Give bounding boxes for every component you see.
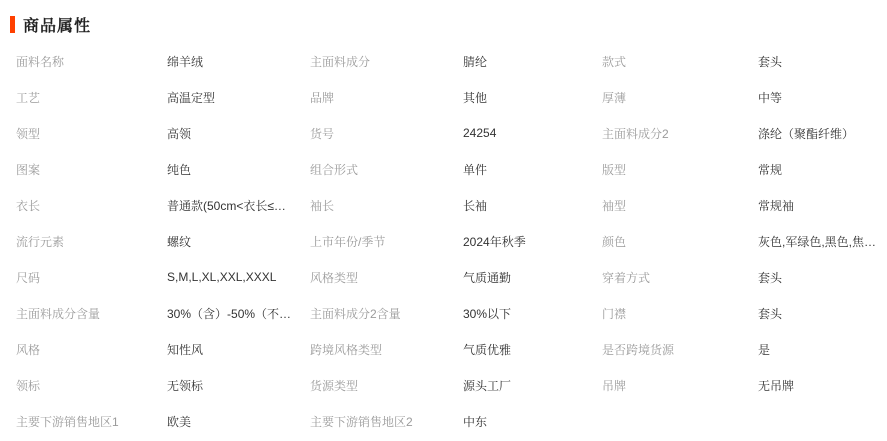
attr-label: 主面料成分 xyxy=(310,53,463,70)
attr-row: 工艺 高温定型 品牌 其他 厚薄 中等 xyxy=(0,79,887,115)
attr-cell: 穿着方式 套头 xyxy=(602,259,887,295)
attr-value: 螺纹 xyxy=(167,233,310,250)
attr-value: 知性风 xyxy=(167,341,310,358)
attr-label: 吊牌 xyxy=(602,377,758,394)
attr-label: 主面料成分2 xyxy=(602,125,758,142)
attr-value: 涤纶（聚酯纤维） xyxy=(758,125,887,142)
attr-value: 纯色 xyxy=(167,161,310,178)
attr-value: 高领 xyxy=(167,125,310,142)
attr-cell: 门襟 套头 xyxy=(602,295,887,331)
attributes-table: 面料名称 绵羊绒 主面料成分 腈纶 款式 套头 工艺 高温定型 品牌 其他 厚 xyxy=(0,43,887,439)
attr-value: 气质通勤 xyxy=(463,269,602,286)
attr-row: 图案 纯色 组合形式 单件 版型 常规 xyxy=(0,151,887,187)
attr-label: 袖长 xyxy=(310,197,463,214)
attr-cell-empty xyxy=(602,403,887,439)
attr-cell: 面料名称 绵羊绒 xyxy=(0,43,310,79)
attr-value: 单件 xyxy=(463,161,602,178)
attr-value: 腈纶 xyxy=(463,53,602,70)
attr-cell: 风格类型 气质通勤 xyxy=(310,259,602,295)
attr-label: 主面料成分2含量 xyxy=(310,305,463,322)
attr-label: 穿着方式 xyxy=(602,269,758,286)
attr-label: 领型 xyxy=(16,125,167,142)
attr-label: 货号 xyxy=(310,125,463,142)
attr-value: 常规 xyxy=(758,161,887,178)
attr-label: 门襟 xyxy=(602,305,758,322)
attr-value: 中东 xyxy=(463,413,602,430)
attr-label: 组合形式 xyxy=(310,161,463,178)
attr-cell: 主面料成分 腈纶 xyxy=(310,43,602,79)
attr-value: 其他 xyxy=(463,89,602,106)
attr-cell: 版型 常规 xyxy=(602,151,887,187)
attr-label: 袖型 xyxy=(602,197,758,214)
attr-cell: 颜色 灰色,军绿色,黑色,焦… xyxy=(602,223,887,259)
attr-cell: 主面料成分含量 30%（含）-50%（不… xyxy=(0,295,310,331)
attr-value: 30%（含）-50%（不… xyxy=(167,305,310,322)
attr-cell: 领型 高领 xyxy=(0,115,310,151)
attr-cell: 衣长 普通款(50cm<衣长≤… xyxy=(0,187,310,223)
attr-value: 源头工厂 xyxy=(463,377,602,394)
attr-cell: 主要下游销售地区1 欧美 xyxy=(0,403,310,439)
attr-row: 面料名称 绵羊绒 主面料成分 腈纶 款式 套头 xyxy=(0,43,887,79)
attr-value: 套头 xyxy=(758,269,887,286)
attr-label: 主面料成分含量 xyxy=(16,305,167,322)
attr-value: 中等 xyxy=(758,89,887,106)
attr-row: 主要下游销售地区1 欧美 主要下游销售地区2 中东 xyxy=(0,403,887,439)
attr-cell: 主面料成分2 涤纶（聚酯纤维） xyxy=(602,115,887,151)
attr-row: 风格 知性风 跨境风格类型 气质优雅 是否跨境货源 是 xyxy=(0,331,887,367)
attr-row: 主面料成分含量 30%（含）-50%（不… 主面料成分2含量 30%以下 门襟 … xyxy=(0,295,887,331)
attr-cell: 品牌 其他 xyxy=(310,79,602,115)
attr-label: 款式 xyxy=(602,53,758,70)
attr-value: 常规袖 xyxy=(758,197,887,214)
attr-cell: 领标 无领标 xyxy=(0,367,310,403)
attr-cell: 袖型 常规袖 xyxy=(602,187,887,223)
section-header: 商品属性 xyxy=(0,0,887,43)
attr-cell: 货号 24254 xyxy=(310,115,602,151)
attr-value: 套头 xyxy=(758,53,887,70)
product-attributes-section: 商品属性 面料名称 绵羊绒 主面料成分 腈纶 款式 套头 工艺 高温定型 品牌 xyxy=(0,0,887,441)
attr-value: 绵羊绒 xyxy=(167,53,310,70)
attr-value: 套头 xyxy=(758,305,887,322)
attr-cell: 袖长 长袖 xyxy=(310,187,602,223)
attr-cell: 组合形式 单件 xyxy=(310,151,602,187)
attr-value: 是 xyxy=(758,341,887,358)
attr-label: 版型 xyxy=(602,161,758,178)
attr-label: 衣长 xyxy=(16,197,167,214)
attr-value: 30%以下 xyxy=(463,305,602,322)
attr-value: 普通款(50cm<衣长≤… xyxy=(167,197,310,214)
attr-value: 24254 xyxy=(463,126,602,140)
attr-cell: 是否跨境货源 是 xyxy=(602,331,887,367)
attr-label: 主要下游销售地区2 xyxy=(310,413,463,430)
attr-row: 衣长 普通款(50cm<衣长≤… 袖长 长袖 袖型 常规袖 xyxy=(0,187,887,223)
attr-value: 灰色,军绿色,黑色,焦… xyxy=(758,233,887,250)
attr-cell: 货源类型 源头工厂 xyxy=(310,367,602,403)
attr-label: 风格类型 xyxy=(310,269,463,286)
attr-row: 尺码 S,M,L,XL,XXL,XXXL 风格类型 气质通勤 穿着方式 套头 xyxy=(0,259,887,295)
attr-row: 领型 高领 货号 24254 主面料成分2 涤纶（聚酯纤维） xyxy=(0,115,887,151)
attr-label: 品牌 xyxy=(310,89,463,106)
attr-cell: 风格 知性风 xyxy=(0,331,310,367)
attr-value: 2024年秋季 xyxy=(463,233,602,250)
attr-value: 长袖 xyxy=(463,197,602,214)
attr-label: 货源类型 xyxy=(310,377,463,394)
attr-label: 领标 xyxy=(16,377,167,394)
attr-cell: 流行元素 螺纹 xyxy=(0,223,310,259)
attr-label: 面料名称 xyxy=(16,53,167,70)
attr-value: 高温定型 xyxy=(167,89,310,106)
attr-label: 主要下游销售地区1 xyxy=(16,413,167,430)
attr-cell: 吊牌 无吊牌 xyxy=(602,367,887,403)
attr-label: 风格 xyxy=(16,341,167,358)
attr-label: 跨境风格类型 xyxy=(310,341,463,358)
attr-value: 无领标 xyxy=(167,377,310,394)
attr-cell: 图案 纯色 xyxy=(0,151,310,187)
attr-label: 图案 xyxy=(16,161,167,178)
attr-cell: 上市年份/季节 2024年秋季 xyxy=(310,223,602,259)
section-title: 商品属性 xyxy=(23,13,91,36)
attr-label: 是否跨境货源 xyxy=(602,341,758,358)
attr-label: 流行元素 xyxy=(16,233,167,250)
attr-cell: 款式 套头 xyxy=(602,43,887,79)
attr-label: 颜色 xyxy=(602,233,758,250)
attr-value: 气质优雅 xyxy=(463,341,602,358)
attr-cell: 跨境风格类型 气质优雅 xyxy=(310,331,602,367)
attr-cell: 尺码 S,M,L,XL,XXL,XXXL xyxy=(0,259,310,295)
attr-cell: 主要下游销售地区2 中东 xyxy=(310,403,602,439)
attr-cell: 工艺 高温定型 xyxy=(0,79,310,115)
attr-label: 厚薄 xyxy=(602,89,758,106)
section-accent-bar xyxy=(10,16,15,33)
attr-label: 上市年份/季节 xyxy=(310,233,463,250)
attr-value: S,M,L,XL,XXL,XXXL xyxy=(167,270,310,284)
attr-value: 欧美 xyxy=(167,413,310,430)
attr-value: 无吊牌 xyxy=(758,377,887,394)
attr-row: 流行元素 螺纹 上市年份/季节 2024年秋季 颜色 灰色,军绿色,黑色,焦… xyxy=(0,223,887,259)
attr-label: 尺码 xyxy=(16,269,167,286)
attr-cell: 主面料成分2含量 30%以下 xyxy=(310,295,602,331)
attr-row: 领标 无领标 货源类型 源头工厂 吊牌 无吊牌 xyxy=(0,367,887,403)
attr-cell: 厚薄 中等 xyxy=(602,79,887,115)
attr-label: 工艺 xyxy=(16,89,167,106)
